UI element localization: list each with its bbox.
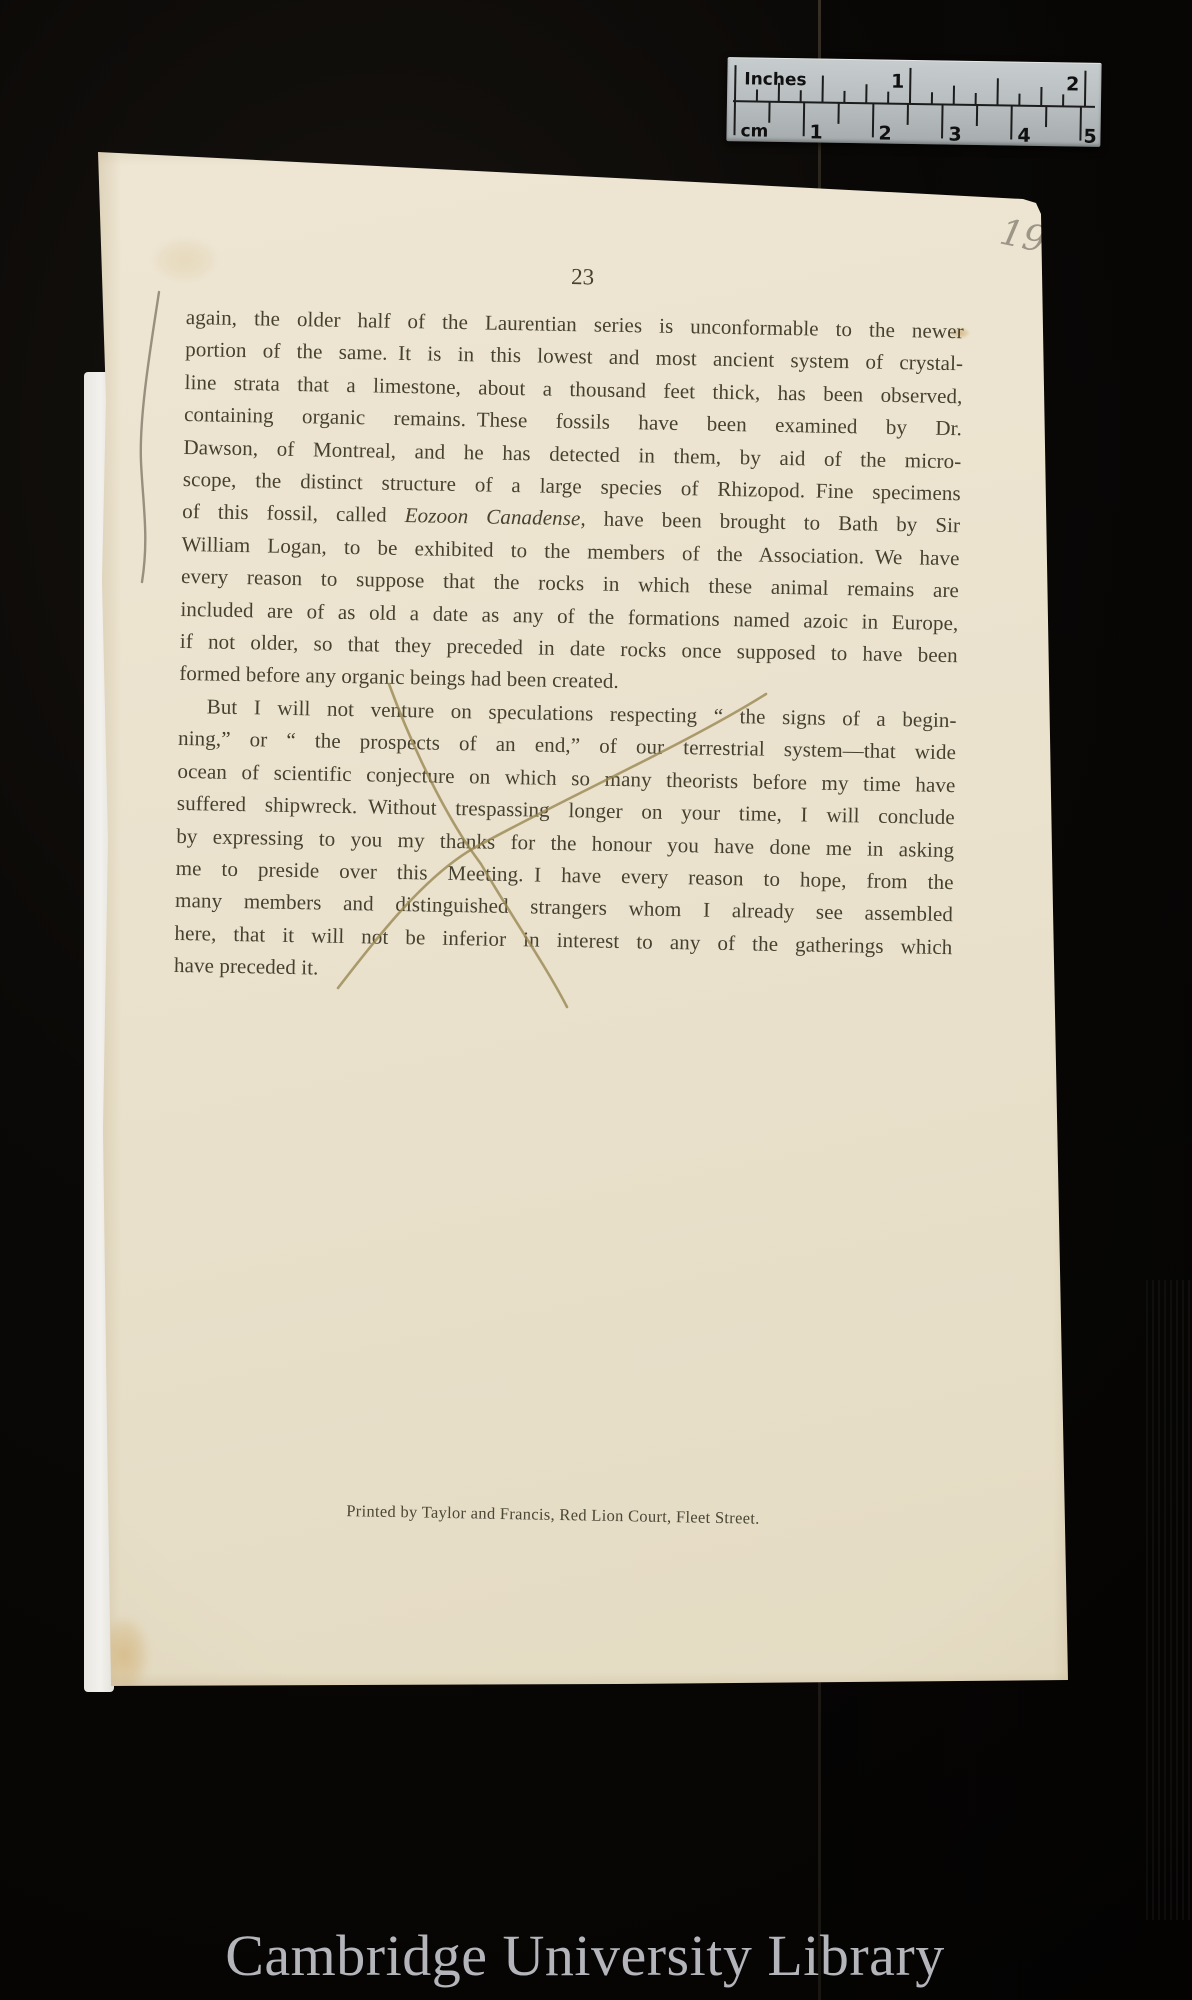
library-watermark: Cambridge University Library <box>0 1922 1181 1989</box>
line-segment: of this fossil, called <box>182 499 405 527</box>
paper-speck <box>443 1695 448 1699</box>
photo-background: 23 again, the older half of the Laurenti… <box>0 0 1192 2000</box>
text-block: 23 again, the older half of the Laurenti… <box>174 254 965 996</box>
paragraph-1: again, the older half of the Laurentian … <box>179 301 964 704</box>
species-name-italic: Eozoon Canadense, <box>404 503 586 530</box>
ruler-inches-label: Inches <box>744 69 807 90</box>
paragraph-2: But I will not venture on speculations r… <box>174 690 957 996</box>
printer-imprint: Printed by Taylor and Francis, Red Lion … <box>164 1498 942 1532</box>
ruler-cm-number: 5 <box>1083 126 1097 147</box>
backdrop-velvet-texture <box>1146 1280 1192 1920</box>
page-number: 23 <box>186 254 964 300</box>
ruler-cm-number: 1 <box>809 121 823 143</box>
ruler-scale: Inches 1 2 cm 1 2 3 4 5 <box>726 57 1101 147</box>
ruler-cm-number: 3 <box>948 124 962 146</box>
ruler-cm-number: 4 <box>1017 125 1031 147</box>
ruler-cm-number: 2 <box>878 122 892 144</box>
ruler: Inches 1 2 cm 1 2 3 4 5 <box>726 57 1101 147</box>
ruler-cm-label: cm <box>740 121 768 141</box>
ruler-inch-number: 2 <box>1066 73 1080 95</box>
line-segment: have been brought to Bath by Sir <box>586 507 961 538</box>
document-page: 23 again, the older half of the Laurenti… <box>95 150 1073 1690</box>
ruler-inch-number: 1 <box>891 71 905 93</box>
